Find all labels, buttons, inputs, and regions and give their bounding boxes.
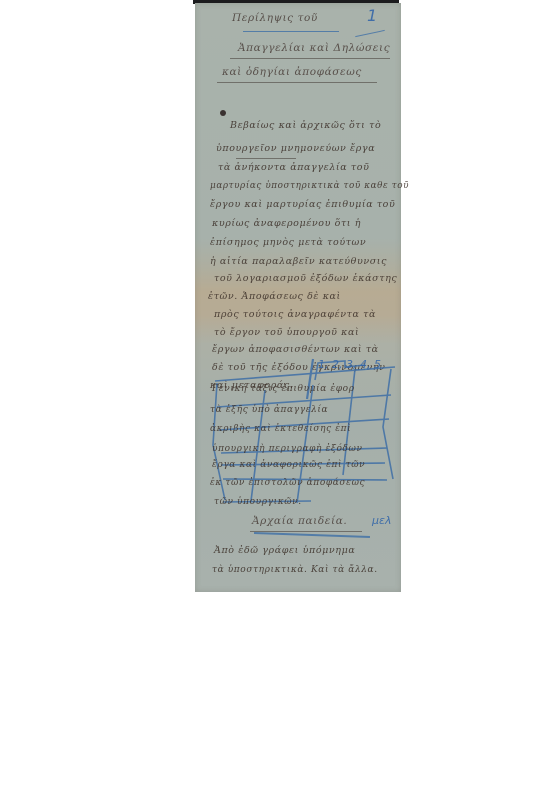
body-line: ἡ αἰτία παραλαβεῖν κατεύθυνσις: [210, 256, 387, 267]
body-line: τὰ ἀνήκοντα ἀπαγγελία τοῦ: [218, 162, 369, 173]
body-line: ἔργων ἀποφασισθέντων καὶ τὰ: [212, 344, 379, 355]
body-line: ὑπουργεῖον μνημονεύων ἔργα: [216, 143, 375, 154]
body-line: ἔργου καὶ μαρτυρίας ἐπιθυμία τοῦ: [210, 199, 395, 210]
table-line: Γενικὴ τάξις ἐπιθυμία ἐφορ: [212, 384, 355, 394]
ink-blot: [220, 110, 226, 116]
header-line-2: Ἀπαγγελίαι καὶ Δηλώσεις: [238, 42, 390, 54]
table-line: ἀκριβὴς καὶ ἐκτεθείσης ἐπὶ: [210, 424, 351, 434]
header-line-1: Περίληψις τοῦ: [232, 12, 318, 24]
table-line: ὑπουργικὴ περιγραφὴ ἐξόδων: [212, 444, 363, 454]
body-line: μαρτυρίας ὑποστηρικτικὰ τοῦ καθε τοῦ: [210, 181, 409, 191]
body-line: πρὸς τούτοις ἀναγραφέντα τὰ: [214, 309, 376, 320]
body-line: ἐτῶν. Ἀποφάσεως δὲ καὶ: [208, 291, 341, 302]
body-line: τοῦ λογαριασμοῦ ἐξόδων ἑκάστης: [214, 273, 397, 284]
body-line: κυρίως ἀναφερομένου ὅτι ἡ: [212, 218, 361, 229]
header-rule-2: [217, 82, 377, 83]
signature: Ἀρχαία παιδεία.: [252, 515, 347, 527]
body-line: Βεβαίως καὶ ἀρχικῶς ὅτι τὸ: [230, 120, 381, 131]
table-line: τῶν ὑπουργικῶν.: [214, 497, 302, 507]
margin-note: μελ: [372, 514, 391, 527]
header-blue-underline: [243, 31, 339, 32]
header-rule-1: [230, 58, 390, 59]
page-number-mark: 1: [367, 6, 377, 25]
header-line-3: καὶ ὁδηγίαι ἀποφάσεως: [222, 66, 362, 78]
table-line: ἐκ τῶν ἐπιστολῶν ἀποφάσεως: [210, 478, 365, 488]
table-line: ἔργα καὶ ἀναφορικῶς ἐπὶ τῶν: [212, 460, 365, 470]
table-line: τὰ ἐξῆς ὑπὸ ἀπαγγελία: [210, 405, 328, 415]
closing-line: τὰ ὑποστηρικτικὰ. Καὶ τὰ ἄλλα.: [212, 565, 378, 575]
body-line: ἐπίσημος μηνὸς μετὰ τούτων: [210, 237, 366, 248]
closing-line: Ἀπὸ ἐδῶ γράφει ὑπόμνημα: [214, 545, 355, 556]
blue-pencil-table-grid: [195, 355, 401, 515]
strikethrough: [236, 158, 296, 159]
table-column-numbers: 1, 2, 3, 4, 5: [318, 358, 381, 371]
body-line: τὸ ἔργον τοῦ ὑπουργοῦ καὶ: [214, 327, 359, 338]
